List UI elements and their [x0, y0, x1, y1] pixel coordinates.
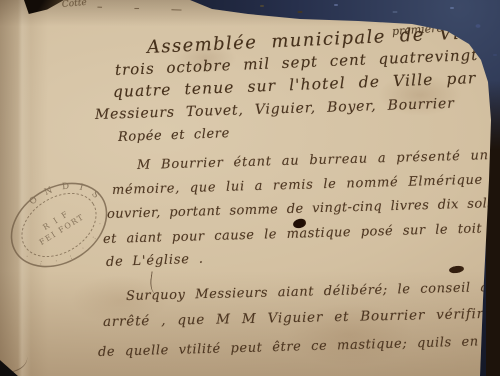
manuscript-page: Cotte – – — première Assemblée municipal… [0, 0, 500, 376]
body-line: Surquoy Messieurs aiant délibéré; le con… [126, 281, 489, 303]
body-line: mémoire, que lui a remis le nommé Elméri… [112, 174, 483, 197]
body-line: arrêté , que M M Viguier et Bourrier vér… [103, 308, 493, 330]
ink-blot [449, 265, 465, 274]
corner-dashes: – – — [97, 1, 196, 15]
pen-mark [0, 348, 30, 374]
heading-line: Messieurs Touvet, Viguier, Boyer, Bourri… [95, 97, 455, 122]
body-line: M Bourrier étant au burreau a présenté u… [137, 149, 489, 172]
body-line: de L'église . [106, 253, 204, 269]
manuscript-photo: Cotte – – — première Assemblée municipal… [0, 0, 500, 376]
heading-line: Ropée et clere [118, 127, 230, 144]
body-line: de quelle vtilité peut être ce mastique;… [98, 335, 479, 359]
corner-note: Cotte [62, 0, 88, 10]
archive-stamp: O N D I S S . : . : . : . R I F FEI FORT [0, 176, 118, 274]
body-line: ouvrier, portant somme de vingt-cinq liv… [107, 197, 500, 221]
